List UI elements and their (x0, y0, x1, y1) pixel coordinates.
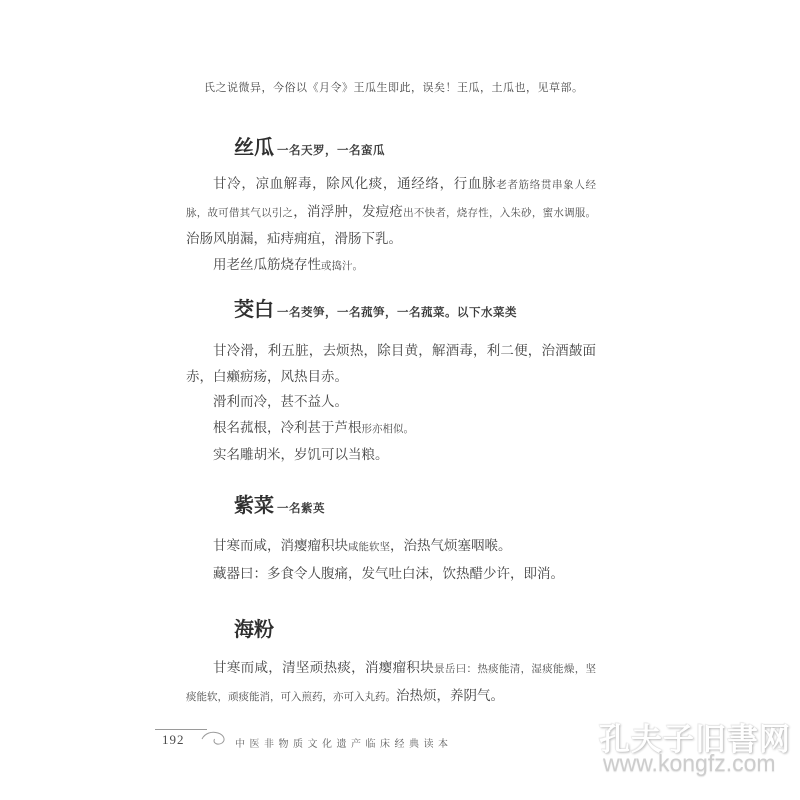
herb-paragraph: 藏器曰：多食令人腹痛，发气吐白沫，饮热醋少许，即消。 (186, 561, 596, 587)
book-series-title: 中医非物质文化遗产临床经典读本 (235, 735, 453, 750)
herb-paragraph: 甘寒而咸，清坚顽热痰，消瘿瘤积块景岳曰：热痰能清，湿痰能燥，坚痰能软，顽痰能消，… (186, 655, 596, 710)
herb-paragraph: 甘寒而咸，消瘿瘤积块咸能软坚，治热气烦塞咽喉。 (186, 533, 596, 561)
herb-name: 丝瓜 (234, 137, 274, 159)
herb-name: 紫菜 (234, 495, 274, 517)
book-page: 氏之说微异，今俗以《月令》王瓜生即此，误矣！王瓜，土瓜也，见草部。 丝瓜一名天罗… (0, 0, 800, 800)
section-heading-jiaobai: 茭白一名茭笋，一名菰笋，一名菰菜。以下水菜类 (234, 298, 517, 325)
section-heading-sigua: 丝瓜一名天罗，一名蛮瓜 (234, 136, 385, 163)
herb-paragraph: 实名雕胡米，岁饥可以当粮。 (186, 442, 596, 468)
page-number: 192 (162, 732, 185, 748)
watermark-site-url: www.kongfz.com (603, 750, 776, 777)
herb-paragraph: 用老丝瓜筋烧存性或捣汁。 (186, 252, 596, 280)
section-body-haifen: 甘寒而咸，清坚顽热痰，消瘿瘤积块景岳曰：热痰能清，湿痰能燥，坚痰能软，顽痰能消，… (186, 655, 596, 710)
footer-rule (155, 729, 207, 730)
section-body-sigua: 甘冷，凉血解毒，除风化痰，通经络，行血脉老者筋络贯串象人经脉，故可借其气以引之，… (186, 171, 596, 279)
footer-ornament-icon (201, 730, 227, 752)
herb-paragraph: 甘冷，凉血解毒，除风化痰，通经络，行血脉老者筋络贯串象人经脉，故可借其气以引之，… (186, 171, 596, 252)
section-body-jiaobai: 甘冷滑，利五脏，去烦热，除目黄，解酒毒，利二便，治酒皶面赤，白癞疬疡，风热目赤。… (186, 338, 596, 468)
herb-name: 海粉 (234, 619, 274, 641)
continuation-paragraph: 氏之说微异，今俗以《月令》王瓜生即此，误矣！王瓜，土瓜也，见草部。 (186, 80, 600, 96)
herb-paragraph: 甘冷滑，利五脏，去烦热，除目黄，解酒毒，利二便，治酒皶面赤，白癞疬疡，风热目赤。 (186, 338, 596, 389)
herb-name: 茭白 (234, 299, 274, 321)
section-heading-zicai: 紫菜一名紫英 (234, 494, 325, 521)
section-heading-haifen: 海粉 (234, 618, 274, 642)
herb-aliases-note: 一名紫英 (277, 503, 325, 515)
herb-aliases-note: 一名天罗，一名蛮瓜 (277, 145, 385, 157)
herb-paragraph: 根名菰根，冷利甚于芦根形亦相似。 (186, 415, 596, 443)
herb-paragraph: 滑利而冷，甚不益人。 (186, 389, 596, 415)
section-body-zicai: 甘寒而咸，消瘿瘤积块咸能软坚，治热气烦塞咽喉。 藏器曰：多食令人腹痛，发气吐白沫… (186, 533, 596, 586)
herb-aliases-note: 一名茭笋，一名菰笋，一名菰菜。以下水菜类 (277, 307, 517, 319)
